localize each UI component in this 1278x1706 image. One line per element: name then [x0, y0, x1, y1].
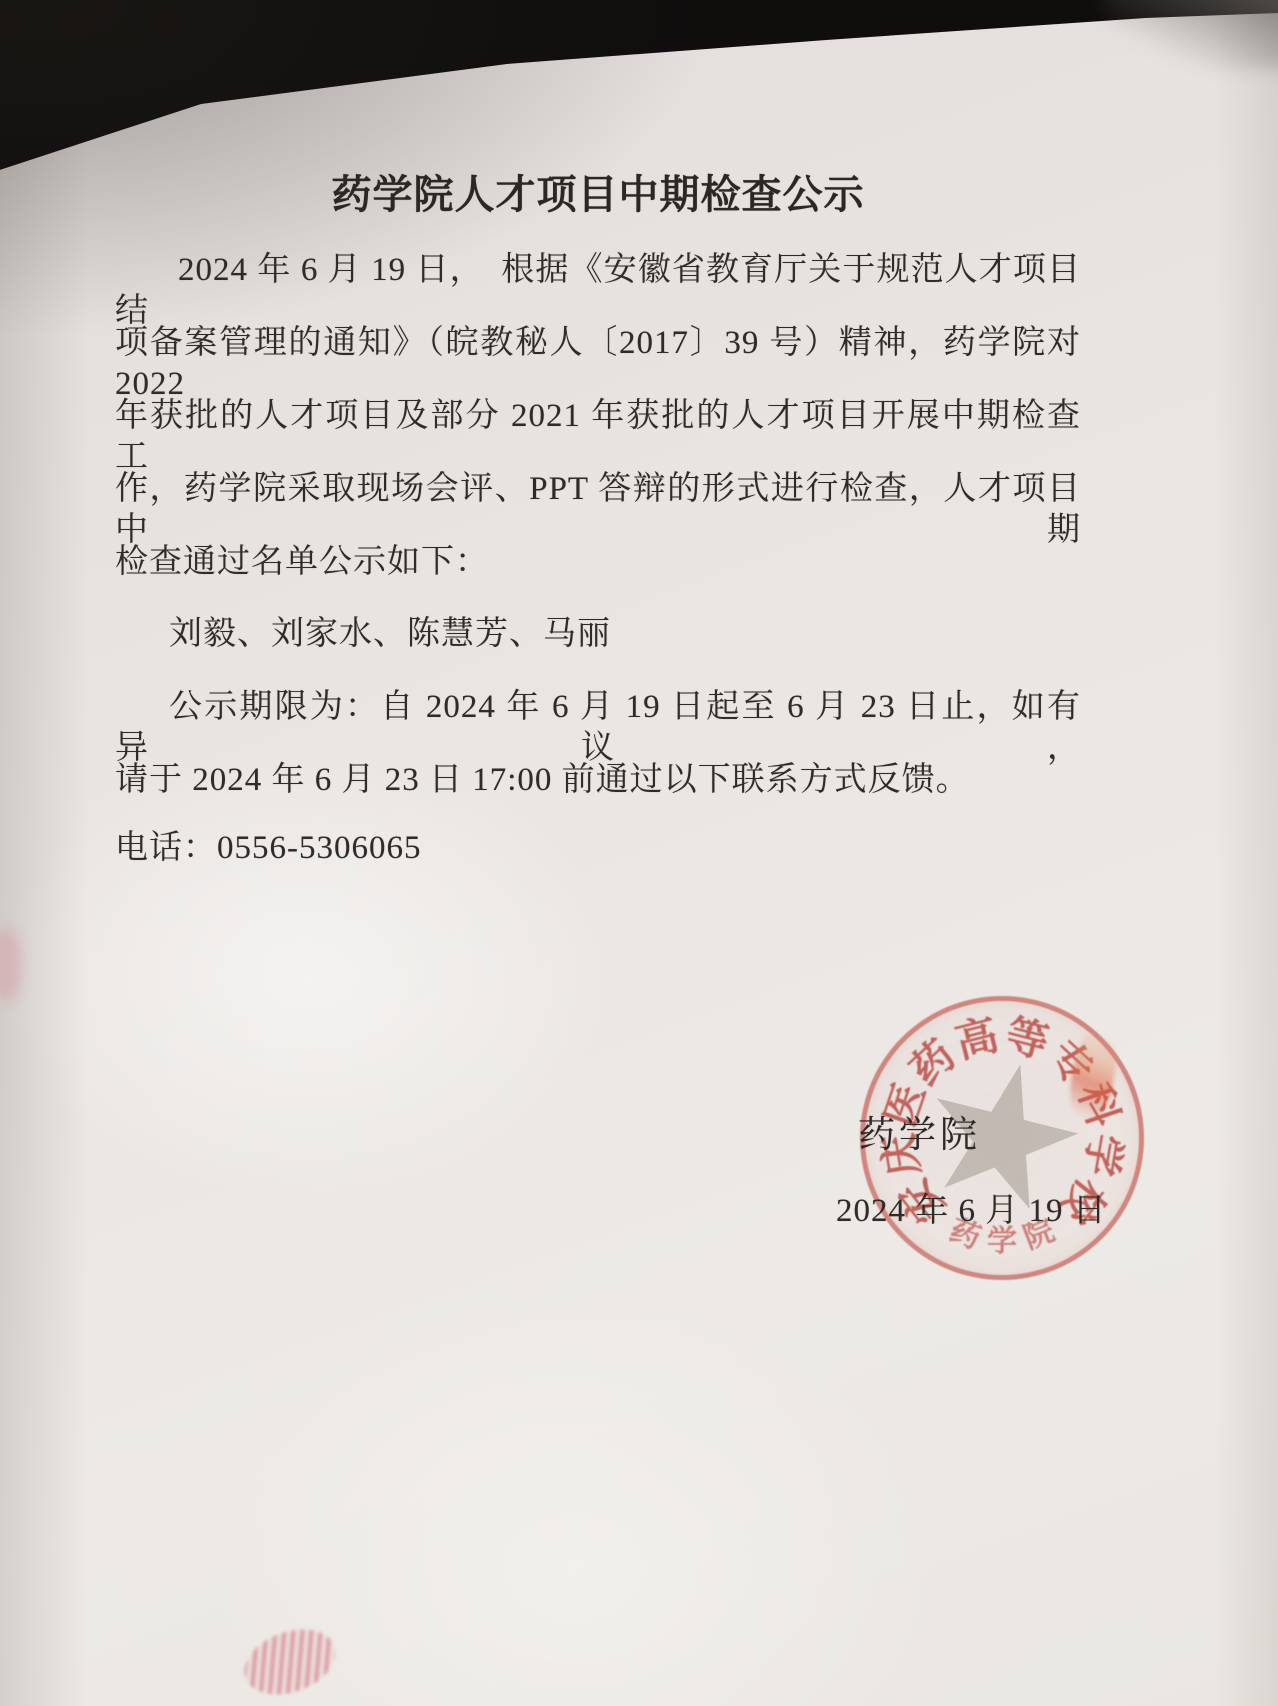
- names-line: 刘毅、刘家水、陈慧芳、马丽: [115, 614, 1081, 655]
- notice-title: 药学院人才项目中期检查公示: [115, 163, 1081, 220]
- body-line: 年获批的人才项目及部分 2021 年获批的人才项目开展中期检查工: [115, 396, 1081, 479]
- photographed-notice-page: 药学院人才项目中期检查公示 2024 年 6 月 19 日， 根据《安徽省教育厅…: [0, 0, 1278, 1706]
- top-right-shadow: [1104, 0, 1278, 70]
- body-line: 项备案管理的通知》（皖教秘人〔2017〕39 号）精神，药学院对 2022: [115, 323, 1081, 406]
- signature-date: 2024 年 6 月 19 日: [836, 1184, 1107, 1231]
- body-line: 检查通过名单公示如下：: [115, 542, 1081, 583]
- camera-dark-edge-top: [0, 0, 1278, 188]
- body-line: 作，药学院采取现场会评、PPT 答辩的形式进行检查，人才项目中期: [115, 469, 1081, 552]
- signature-department: 药学院: [858, 1104, 981, 1158]
- phone-line: 电话：0556-5306065: [115, 828, 1081, 869]
- body-line: 请于 2024 年 6 月 23 日 17:00 前通过以下联系方式反馈。: [115, 760, 1081, 801]
- body-line: 2024 年 6 月 19 日， 根据《安徽省教育厅关于规范人才项目结: [115, 250, 1081, 333]
- ink-smudge-bottom-left: [236, 1618, 345, 1706]
- body-line: 公示期限为：自 2024 年 6 月 19 日起至 6 月 23 日止，如有异议…: [115, 687, 1081, 770]
- ink-smudge-left-edge: [0, 928, 22, 1002]
